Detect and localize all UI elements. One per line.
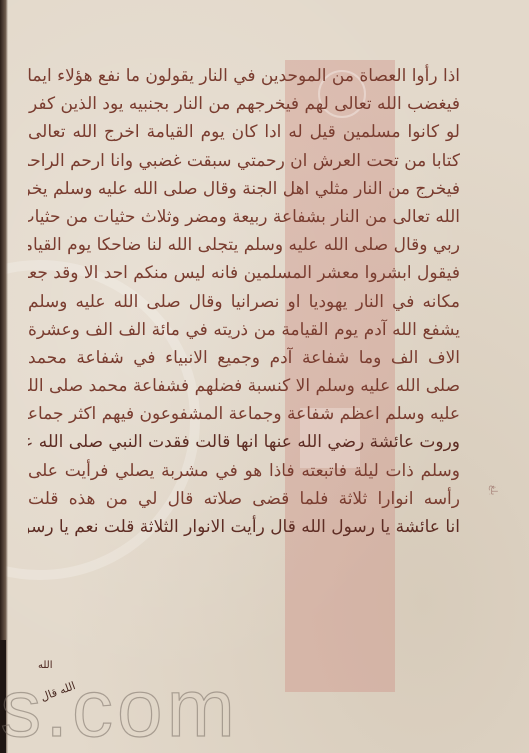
text-line: عليه وسلم اعظم شفاعة وجماعة المشفوعون في…	[28, 400, 460, 428]
margin-note: بلغ	[474, 485, 498, 545]
text-line: اذا رأوا العصاة من الموحدين في النار يقو…	[28, 62, 460, 90]
text-line: الله تعالى من النار بشفاعة ربيعة ومضر وث…	[28, 203, 460, 231]
text-line: ربي وقال صلى الله عليه وسلم يتجلى الله ل…	[28, 231, 460, 259]
text-line: فيخرج من النار مثلي اهل الجنة وقال صلى ا…	[28, 175, 460, 203]
text-line: وسلم ذات ليلة فاتبعته فاذا هو في مشربة ي…	[28, 457, 460, 485]
text-line: رأسه انوارا ثلاثة فلما قضى صلاته قال لي …	[28, 485, 460, 513]
text-line: لو كانوا مسلمين قيل له ادا كان يوم القيا…	[28, 118, 460, 146]
manuscript-page: اذا رأوا العصاة من الموحدين في النار يقو…	[0, 0, 529, 753]
text-line: انا عائشة يا رسول الله قال رأيت الانوار …	[28, 513, 460, 541]
text-line: فيقول ابشروا معشر المسلمين فانه ليس منكم…	[28, 259, 460, 287]
text-line: يشفع الله آدم يوم القيامة من ذريته في ما…	[28, 316, 460, 344]
manuscript-text: اذا رأوا العصاة من الموحدين في النار يقو…	[28, 62, 460, 541]
text-line: فيغضب الله تعالى لهم فيخرجهم من النار بج…	[28, 90, 460, 118]
text-line: صلى الله عليه وسلم الا كنسبة فضلهم فشفاع…	[28, 372, 460, 400]
watermark-text: is.com	[0, 668, 239, 750]
text-line: وروت عائشة رضي الله عنها انها قالت فقدت …	[28, 428, 460, 456]
text-line: مكانه في النار يهوديا او نصرانيا وقال صل…	[28, 288, 460, 316]
text-line: الاف الف وما شفاعة آدم وجميع الانبياء في…	[28, 344, 460, 372]
text-line: كتابا من تحت العرش ان رحمتي سبقت غضبي وا…	[28, 147, 460, 175]
